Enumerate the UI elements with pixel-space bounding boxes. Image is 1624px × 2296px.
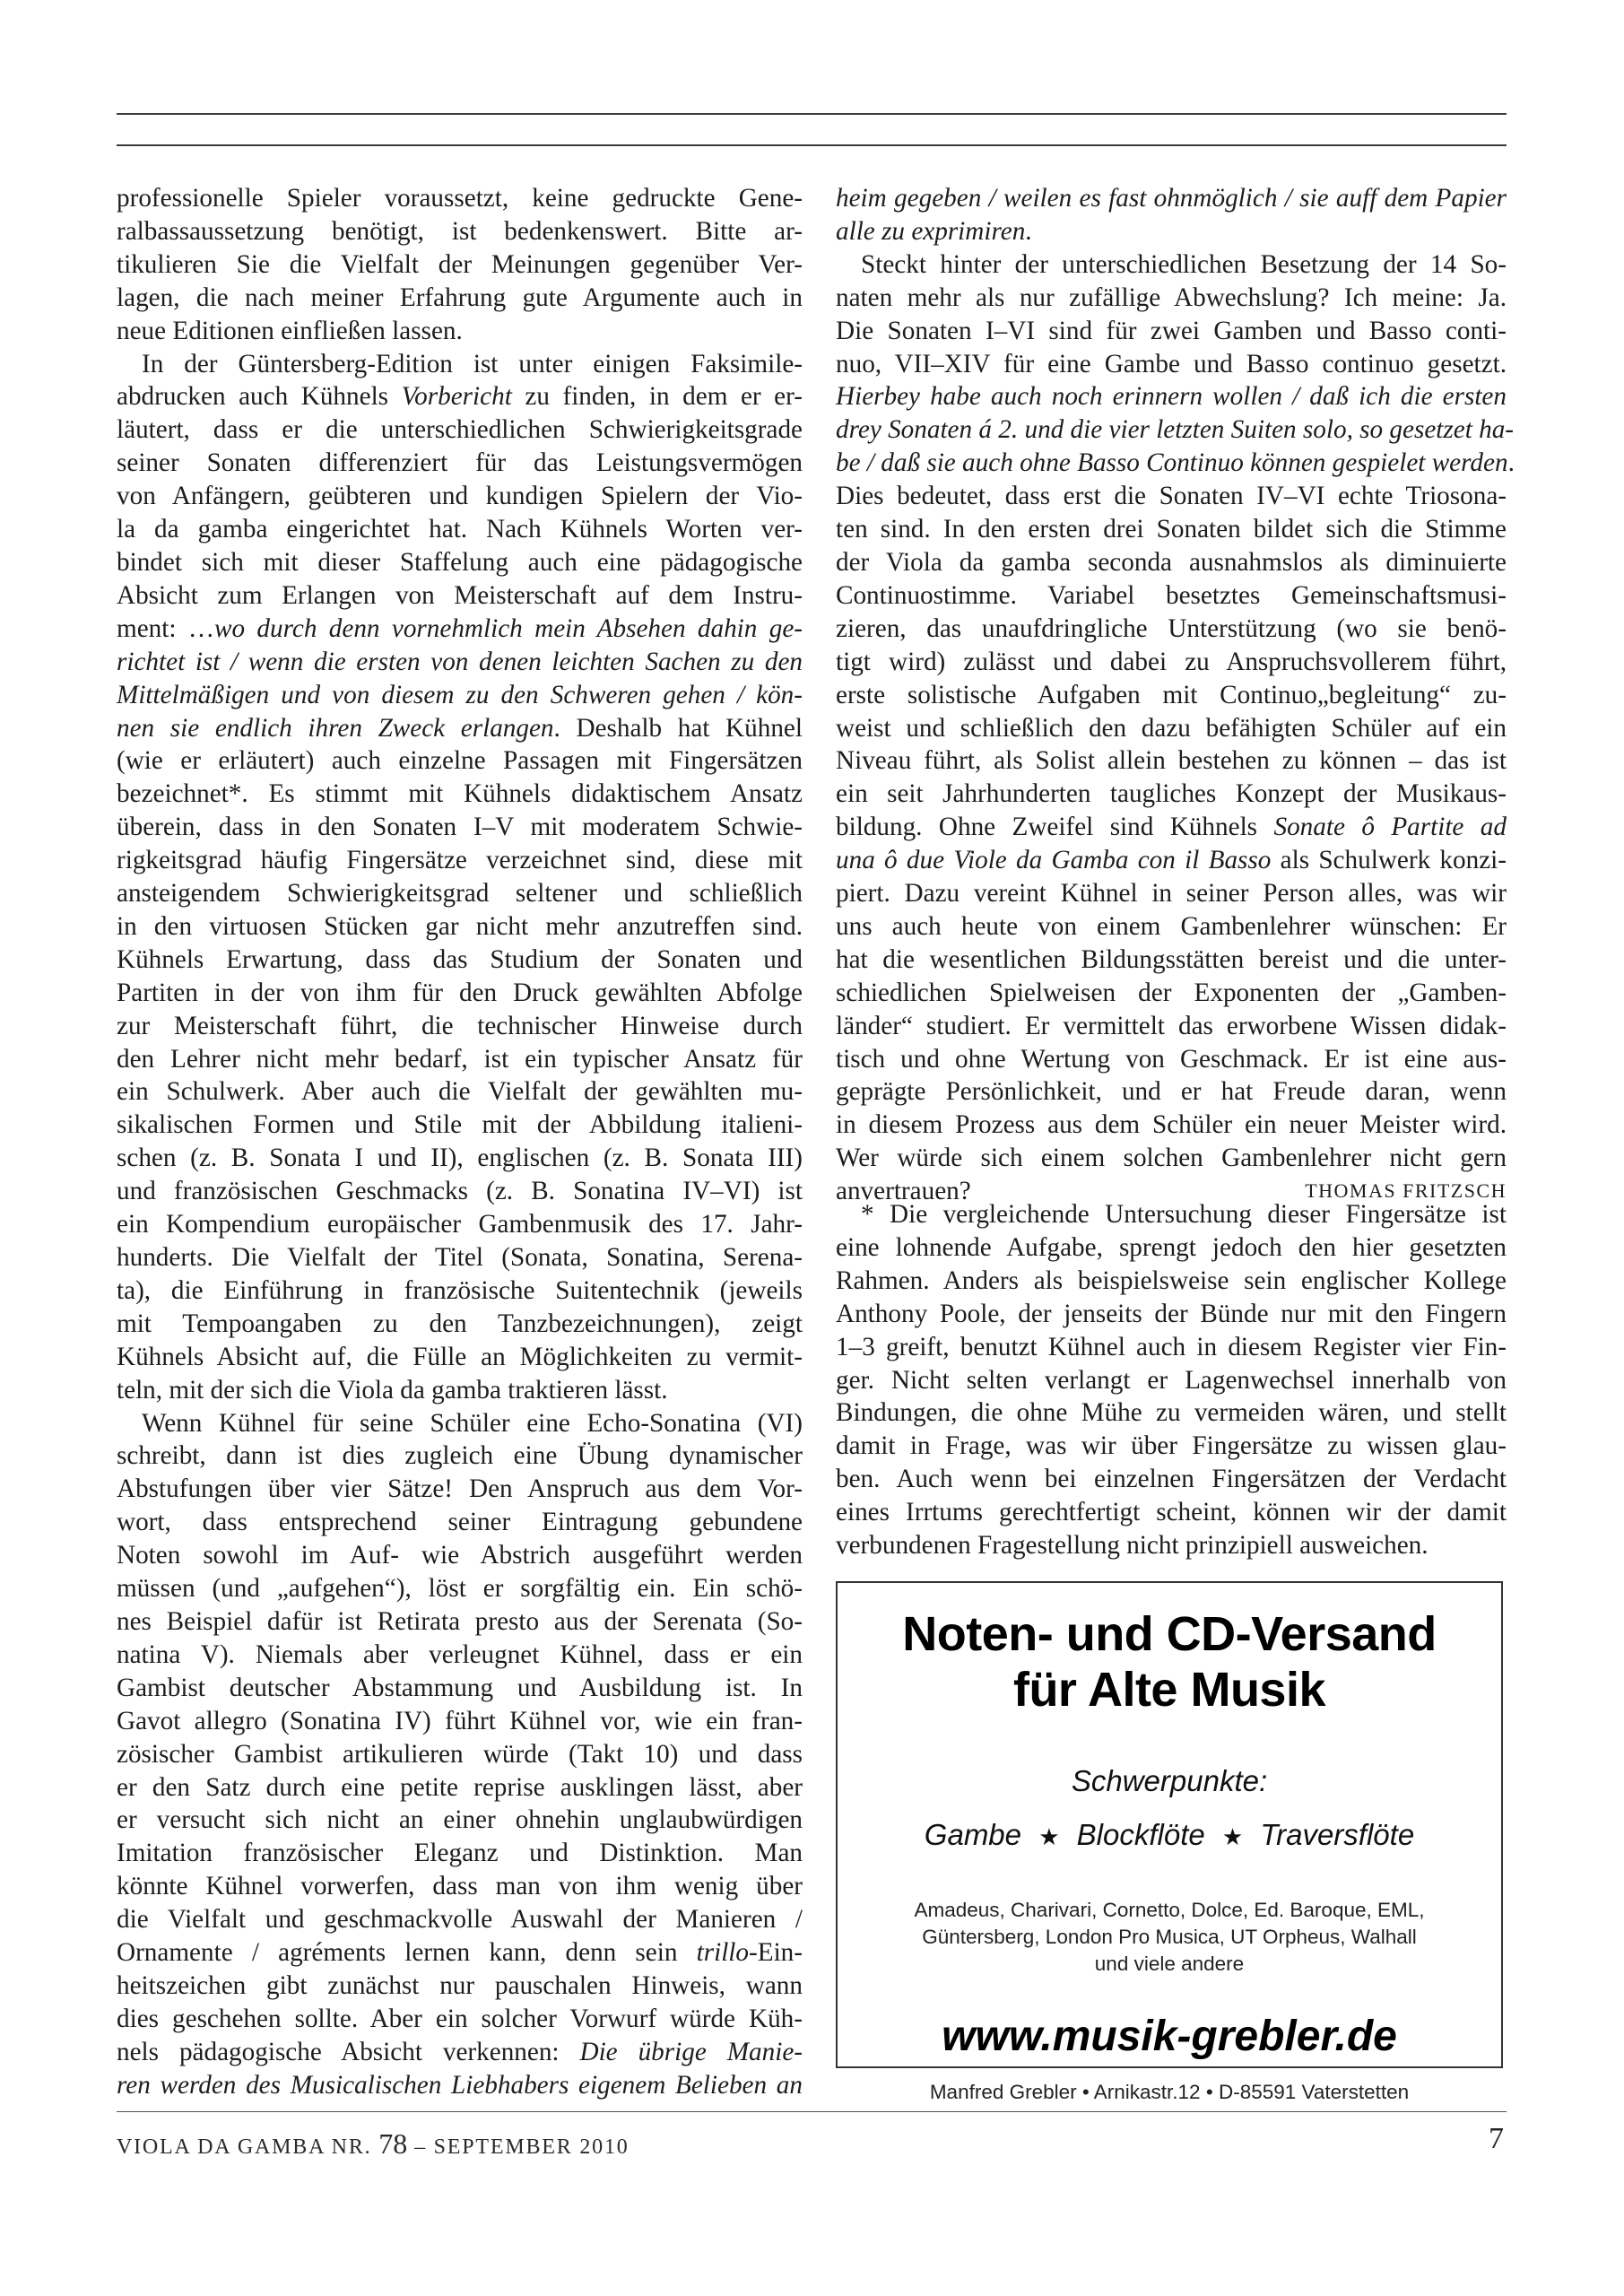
text-line: bezeichnet*. Es stimmt mit Kühnels didak…: [117, 778, 803, 811]
article-column-right: heim gegeben / weilen es fast ohnmöglich…: [836, 182, 1507, 1208]
quoted-italic-text: Mittelmäßigen und von diesem zu den Schw…: [117, 681, 803, 709]
quoted-italic-text: trillo: [697, 1938, 749, 1967]
text-line: tikulieren Sie die Vielfalt der Meinunge…: [117, 248, 803, 282]
text-line: die Vielfalt und geschmackvolle Auswahl …: [117, 1903, 803, 1936]
quoted-italic-text: be / daß sie auch ohne Basso Continuo kö…: [836, 448, 1508, 477]
text-line: Imitation französischer Eleganz und Dist…: [117, 1837, 803, 1870]
text-line: Mittelmäßigen und von diesem zu den Schw…: [117, 679, 803, 712]
text-line: Partiten in der von ihm für den Druck ge…: [117, 977, 803, 1010]
publishers-line: und viele andere: [838, 1951, 1501, 1978]
text-line: und französischen Geschmacks (z. B. Sona…: [117, 1175, 803, 1208]
text-line: schreibt, dann ist dies zugleich eine Üb…: [117, 1439, 803, 1473]
quoted-italic-text: nen sie endlich ihren Zweck erlangen: [117, 714, 554, 743]
text-line: lagen, die nach meiner Erfahrung gute Ar…: [117, 282, 803, 315]
text-line: Gavot allegro (Sonatina IV) führt Kühnel…: [117, 1705, 803, 1738]
quoted-italic-text: una ô due Viole da Gamba con il Basso: [836, 846, 1271, 874]
text-line: ben. Auch wenn bei einzelnen Fingersätze…: [836, 1463, 1507, 1496]
text-line: ger. Nicht selten verlangt er Lagenwechs…: [836, 1364, 1507, 1397]
text-line: Hierbey habe auch noch erinnern wollen /…: [836, 380, 1507, 413]
text-line: ralbassaussetzung benötigt, ist bedenken…: [117, 215, 803, 248]
text-line: Bindungen, die ohne Mühe zu vermeiden wä…: [836, 1396, 1507, 1430]
text-line: Wenn Kühnel für seine Schüler eine Echo-…: [117, 1407, 803, 1440]
text-line: rigkeitsgrad häufig Fingersätze verzeich…: [117, 844, 803, 877]
text-line: wort, dass entsprechend seiner Eintragun…: [117, 1506, 803, 1539]
text-line: eines Irrtums gerechtfertigt scheint, kö…: [836, 1496, 1507, 1529]
advertisement-box: Noten- und CD-Versand für Alte Musik Sch…: [836, 1581, 1503, 2068]
text-line: Kühnels Erwartung, dass das Studium der …: [117, 944, 803, 977]
text-line: schiedlichen Spielweisen der Exponenten …: [836, 977, 1507, 1010]
quoted-italic-text: ren werden des Musicalischen Liebhabers …: [117, 2071, 803, 2100]
text-line: naten mehr als nur zufällige Abwechslung…: [836, 282, 1507, 315]
text-line: geprägte Persönlichkeit, und er hat Freu…: [836, 1075, 1507, 1109]
text-line: bindet sich mit dieser Staffelung auch e…: [117, 546, 803, 579]
text-line: nen sie endlich ihren Zweck erlangen. De…: [117, 712, 803, 745]
ad-subtitle: Schwerpunkte:: [838, 1764, 1501, 1798]
text-line: (wie er erläutert) auch einzelne Passage…: [117, 744, 803, 778]
text-line: la da gamba eingerichtet hat. Nach Kühne…: [117, 513, 803, 546]
text-line: nes Beispiel dafür ist Retirata presto a…: [117, 1605, 803, 1639]
text-line: tisch und ohne Wertung von Geschmack. Er…: [836, 1043, 1507, 1076]
text-line: zösischer Gambist artikulieren würde (Ta…: [117, 1738, 803, 1771]
text-line: zur Meisterschaft führt, die technischer…: [117, 1010, 803, 1043]
text-line: Die Sonaten I–VI sind für zwei Gamben un…: [836, 315, 1507, 348]
text-line: von Anfängern, geübteren und kundigen Sp…: [117, 480, 803, 513]
text-line: neue Editionen einfließen lassen.: [117, 315, 803, 348]
quoted-italic-text: Die übrige Manie-: [579, 2038, 803, 2066]
text-line: ein seit Jahrhunderten taugliches Konzep…: [836, 778, 1507, 811]
text-line: Continuostimme. Variabel besetztes Gemei…: [836, 579, 1507, 613]
quoted-italic-text: richtet ist / wenn die ersten von denen …: [117, 648, 803, 676]
text-line: eine lohnende Aufgabe, sprengt jedoch de…: [836, 1231, 1507, 1265]
text-line: er den Satz durch eine petite reprise au…: [117, 1771, 803, 1805]
text-line: Niveau führt, als Solist allein bestehen…: [836, 744, 1507, 778]
text-line: müssen (und „aufgehen“), löst er sorgfäl…: [117, 1572, 803, 1605]
text-line: richtet ist / wenn die ersten von denen …: [117, 646, 803, 679]
ad-headline: Noten- und CD-Versand für Alte Musik: [838, 1606, 1501, 1718]
text-line: der Viola da gamba seconda ausnahmslos a…: [836, 546, 1507, 579]
text-line: piert. Dazu vereint Kühnel in seiner Per…: [836, 877, 1507, 910]
ad-address: Manfred Grebler • Arnikastr.12 • D-85591…: [838, 2081, 1501, 2104]
ad-instruments: Gambe ★ Blockflöte ★ Traversflöte: [838, 1818, 1501, 1852]
instrument-blockfloete: Blockflöte: [1077, 1818, 1205, 1851]
text-line: ein Schulwerk. Aber auch die Vielfalt de…: [117, 1075, 803, 1109]
text-line: nels pädagogische Absicht verkennen: Die…: [117, 2036, 803, 2069]
text-line: damit in Frage, was wir über Fingersätze…: [836, 1430, 1507, 1463]
ad-headline-line1: Noten- und CD-Versand: [838, 1606, 1501, 1662]
text-line: drey Sonaten á 2. und die vier letzten S…: [836, 413, 1507, 447]
text-line: verbundenen Fragestellung nicht prinzipi…: [836, 1529, 1507, 1562]
quoted-italic-text: heim gegeben / weilen es fast ohnmöglich…: [836, 184, 1507, 213]
text-line: be / daß sie auch ohne Basso Continuo kö…: [836, 447, 1507, 480]
text-line: läutert, dass er die unterschiedlichen S…: [117, 413, 803, 447]
text-line: ein Kompendium europäischer Gambenmusik …: [117, 1208, 803, 1241]
quoted-italic-text: Sonate ô Partite ad: [1273, 813, 1507, 841]
text-line: in diesem Prozess aus dem Schüler ein ne…: [836, 1109, 1507, 1142]
text-line: Anthony Poole, der jenseits der Bünde nu…: [836, 1298, 1507, 1331]
star-icon: ★: [1222, 1823, 1243, 1850]
star-icon: ★: [1038, 1823, 1059, 1850]
text-line: weist und schließlich den dazu befähigte…: [836, 712, 1507, 745]
issue-number: 78: [378, 2127, 407, 2160]
publishers-line: Güntersberg, London Pro Musica, UT Orphe…: [838, 1924, 1501, 1951]
instrument-gambe: Gambe: [925, 1818, 1021, 1851]
text-line: er versucht sich nicht an einer ohnehin …: [117, 1804, 803, 1837]
text-line: heim gegeben / weilen es fast ohnmöglich…: [836, 182, 1507, 215]
text-line: Steckt hinter der unterschiedlichen Bese…: [836, 248, 1507, 282]
quoted-italic-text: Hierbey habe auch noch erinnern wollen /…: [836, 382, 1507, 411]
ad-website-link[interactable]: www.musik-grebler.de: [838, 2012, 1501, 2061]
quoted-italic-text: Vorbericht: [402, 382, 512, 411]
text-line: In der Güntersberg-Edition ist unter ein…: [117, 348, 803, 381]
journal-name: Viola da Gamba Nr.: [117, 2135, 371, 2159]
text-line: Kühnels Absicht auf, die Fülle an Möglic…: [117, 1341, 803, 1374]
footer-rule: [117, 2111, 1507, 2112]
text-line: Wer würde sich einem solchen Gambenlehre…: [836, 1142, 1507, 1175]
text-line: alle zu exprimiren.: [836, 215, 1507, 248]
text-line: Dies bedeutet, dass erst die Sonaten IV–…: [836, 480, 1507, 513]
text-line: Rahmen. Anders als beispielsweise sein e…: [836, 1265, 1507, 1298]
text-line: una ô due Viole da Gamba con il Basso al…: [836, 844, 1507, 877]
issue-date: – September 2010: [414, 2135, 630, 2159]
text-line: 1–3 greift, benutzt Kühnel auch in diese…: [836, 1331, 1507, 1364]
instrument-traversfloete: Traversflöte: [1260, 1818, 1414, 1851]
header-rule-top: [117, 113, 1507, 115]
text-line: seiner Sonaten differenziert für das Lei…: [117, 447, 803, 480]
text-line: den Lehrer nicht mehr bedarf, ist ein ty…: [117, 1043, 803, 1076]
header-rule-bottom: [117, 144, 1507, 146]
text-line: * Die vergleichende Untersuchung dieser …: [836, 1198, 1507, 1231]
text-line: zieren, das unaufdringliche Unterstützun…: [836, 613, 1507, 646]
text-line: nuo, VII–XIV für eine Gambe und Basso co…: [836, 348, 1507, 381]
text-line: bildung. Ohne Zweifel sind Kühnels Sonat…: [836, 811, 1507, 844]
page-number: 7: [1489, 2122, 1504, 2156]
text-line: natina V). Niemals aber verleugnet Kühne…: [117, 1639, 803, 1672]
text-line: abdrucken auch Kühnels Vorbericht zu fin…: [117, 380, 803, 413]
text-line: ren werden des Musicalischen Liebhabers …: [117, 2069, 803, 2102]
text-line: könnte Kühnel vorwerfen, dass man von ih…: [117, 1870, 803, 1903]
text-line: Gambist deutscher Abstammung und Ausbild…: [117, 1672, 803, 1705]
text-line: schen (z. B. Sonata I und II), englische…: [117, 1142, 803, 1175]
footer-journal-info: Viola da Gamba Nr. 78 – September 2010: [117, 2127, 630, 2161]
text-line: sikalischen Formen und Stile mit der Abb…: [117, 1109, 803, 1142]
footnote: * Die vergleichende Untersuchung dieser …: [836, 1198, 1507, 1562]
ad-publishers: Amadeus, Charivari, Cornetto, Dolce, Ed.…: [838, 1897, 1501, 1978]
text-line: Abstufungen über vier Sätze! Den Anspruc…: [117, 1473, 803, 1506]
text-line: ten sind. In den ersten drei Sonaten bil…: [836, 513, 1507, 546]
quoted-italic-text: wo durch denn vornehmlich mein Absehen d…: [214, 614, 803, 643]
text-line: länder“ studiert. Er vermittelt das erwo…: [836, 1010, 1507, 1043]
text-line: uns auch heute von einem Gambenlehrer wü…: [836, 910, 1507, 944]
text-line: ta), die Einführung in französische Suit…: [117, 1274, 803, 1308]
text-line: professionelle Spieler voraussetzt, kein…: [117, 182, 803, 215]
text-line: dies geschehen sollte. Aber ein solcher …: [117, 2003, 803, 2036]
text-line: Ornamente / agréments lernen kann, denn …: [117, 1936, 803, 1970]
text-line: erste solistische Aufgaben mit Continuo„…: [836, 679, 1507, 712]
text-line: ment: …wo durch denn vornehmlich mein Ab…: [117, 613, 803, 646]
text-line: Noten sowohl im Auf- wie Abstrich ausgef…: [117, 1539, 803, 1572]
publishers-line: Amadeus, Charivari, Cornetto, Dolce, Ed.…: [838, 1897, 1501, 1924]
text-line: hat die wesentlichen Bildungsstätten ber…: [836, 944, 1507, 977]
text-line: Absicht zum Erlangen von Meisterschaft a…: [117, 579, 803, 613]
text-line: ansteigendem Schwierigkeitsgrad seltener…: [117, 877, 803, 910]
text-line: tigt wird) zulässt und dabei zu Anspruch…: [836, 646, 1507, 679]
quoted-italic-text: drey Sonaten á 2. und die vier letzten S…: [836, 415, 1514, 444]
quoted-italic-text: alle zu exprimiren: [836, 217, 1025, 246]
text-line: teln, mit der sich die Viola da gamba tr…: [117, 1374, 803, 1407]
text-line: hunderts. Die Vielfalt der Titel (Sonata…: [117, 1241, 803, 1274]
ad-headline-line2: für Alte Musik: [838, 1662, 1501, 1718]
text-line: mit Tempoangaben zu den Tanzbezeichnunge…: [117, 1308, 803, 1341]
text-line: überein, dass in den Sonaten I–V mit mod…: [117, 811, 803, 844]
text-line: heitszeichen gibt zunächst nur pauschale…: [117, 1970, 803, 2003]
text-line: in den virtuosen Stücken gar nicht mehr …: [117, 910, 803, 944]
article-column-left: professionelle Spieler voraussetzt, kein…: [117, 182, 803, 2102]
